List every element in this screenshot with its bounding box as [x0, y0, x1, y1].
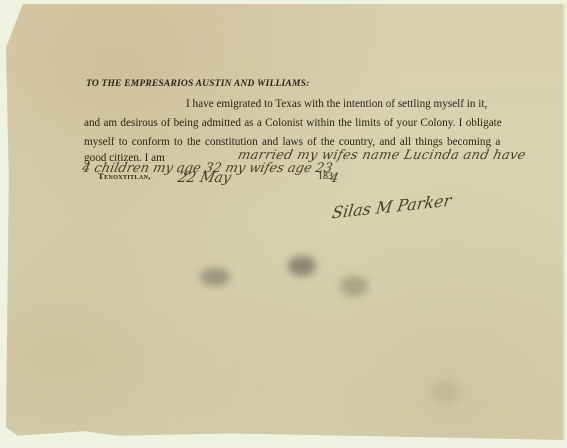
place-name: Tenoxtitlan, — [98, 171, 151, 181]
ink-smudge — [200, 268, 230, 286]
printed-line-1: I have emigrated to Texas with the inten… — [186, 98, 487, 110]
paper-edge — [562, 4, 565, 440]
ink-smudge — [288, 256, 316, 276]
handwritten-date: 22 May — [176, 170, 232, 186]
paper-stain — [430, 380, 460, 404]
ink-smudge — [340, 276, 368, 296]
printed-line-3: myself to conform to the constitution an… — [84, 136, 500, 148]
printed-line-2: and am desirous of being admitted as a C… — [84, 117, 502, 129]
document-heading: TO THE EMPRESARIOS AUSTIN AND WILLIAMS: — [86, 79, 309, 89]
document-paper — [6, 4, 565, 440]
